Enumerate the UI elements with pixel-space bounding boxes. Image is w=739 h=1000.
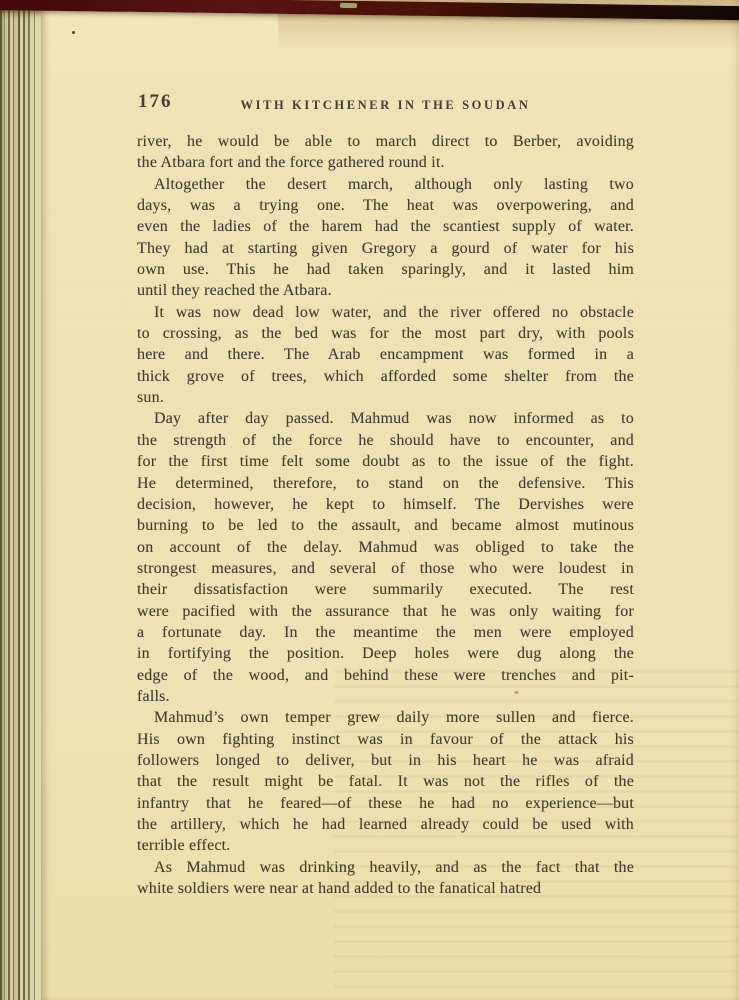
book-page-edges bbox=[0, 0, 41, 1000]
text-line: falls. bbox=[137, 686, 634, 707]
paragraph: Day after day passed. Mahmud was now inf… bbox=[137, 408, 634, 707]
text-line: edge of the wood, and behind these were … bbox=[137, 665, 634, 686]
text-line: even the ladies of the harem had the sca… bbox=[137, 216, 634, 237]
text-line: on account of the delay. Mahmud was obli… bbox=[137, 537, 634, 558]
text-line: strongest measures, and several of those… bbox=[137, 558, 634, 579]
text-line: infantry that he feared—of these he had … bbox=[137, 793, 634, 814]
text-line: the artillery, which he had learned alre… bbox=[137, 814, 634, 835]
text-line: burning to be led to the assault, and be… bbox=[137, 515, 634, 536]
paragraph: As Mahmud was drinking heavily, and as t… bbox=[137, 857, 634, 900]
paragraph: Mahmud’s own temper grew daily more sull… bbox=[137, 707, 634, 856]
text-line: followers longed to deliver, but in his … bbox=[137, 750, 634, 771]
text-line: the Atbara fort and the force gathered r… bbox=[137, 152, 634, 173]
text-line: to crossing, as the bed was for the most… bbox=[137, 323, 634, 344]
text-line: It was now dead low water, and the river… bbox=[137, 302, 634, 323]
text-line: days, was a trying one. The heat was ove… bbox=[137, 195, 634, 216]
text-line: white soldiers were near at hand added t… bbox=[137, 878, 634, 899]
page-text: river, he would be able to march direct … bbox=[137, 131, 634, 899]
text-line: As Mahmud was drinking heavily, and as t… bbox=[137, 857, 634, 878]
text-line: Day after day passed. Mahmud was now inf… bbox=[137, 408, 634, 429]
text-line: His own fighting instinct was in favour … bbox=[137, 729, 634, 750]
text-line: until they reached the Atbara. bbox=[137, 280, 634, 301]
text-line: He determined, therefore, to stand on th… bbox=[137, 473, 634, 494]
text-line: decision, however, he kept to himself. T… bbox=[137, 494, 634, 515]
paper-fleck bbox=[340, 3, 357, 8]
text-line: Altogether the desert march, although on… bbox=[137, 174, 634, 195]
text-line: were pacified with the assurance that he… bbox=[137, 601, 634, 622]
paragraph: river, he would be able to march direct … bbox=[137, 131, 634, 174]
running-title: WITH KITCHENER IN THE SOUDAN bbox=[137, 98, 634, 113]
text-line: in fortifying the position. Deep holes w… bbox=[137, 643, 634, 664]
text-line: a fortunate day. In the meantime the men… bbox=[137, 622, 634, 643]
paragraph: Altogether the desert march, although on… bbox=[137, 174, 634, 302]
paper-speck bbox=[72, 31, 75, 34]
text-line: They had at starting given Gregory a gou… bbox=[137, 238, 634, 259]
text-line: sun. bbox=[137, 387, 634, 408]
text-line: here and there. The Arab encampment was … bbox=[137, 344, 634, 365]
text-line: that the result might be fatal. It was n… bbox=[137, 771, 634, 792]
scanned-book-page-photo: 176 WITH KITCHENER IN THE SOUDAN river, … bbox=[0, 0, 739, 1000]
text-line: Mahmud’s own temper grew daily more sull… bbox=[137, 707, 634, 728]
text-line: for the first time felt some doubt as to… bbox=[137, 451, 634, 472]
text-line: river, he would be able to march direct … bbox=[137, 131, 634, 152]
text-line: their dissatisfaction were summarily exe… bbox=[137, 579, 634, 600]
text-line: terrible effect. bbox=[137, 835, 634, 856]
paragraph: It was now dead low water, and the river… bbox=[137, 302, 634, 409]
text-line: the strength of the force he should have… bbox=[137, 430, 634, 451]
text-line: own use. This he had taken sparingly, an… bbox=[137, 259, 634, 280]
text-line: thick grove of trees, which afforded som… bbox=[137, 366, 634, 387]
